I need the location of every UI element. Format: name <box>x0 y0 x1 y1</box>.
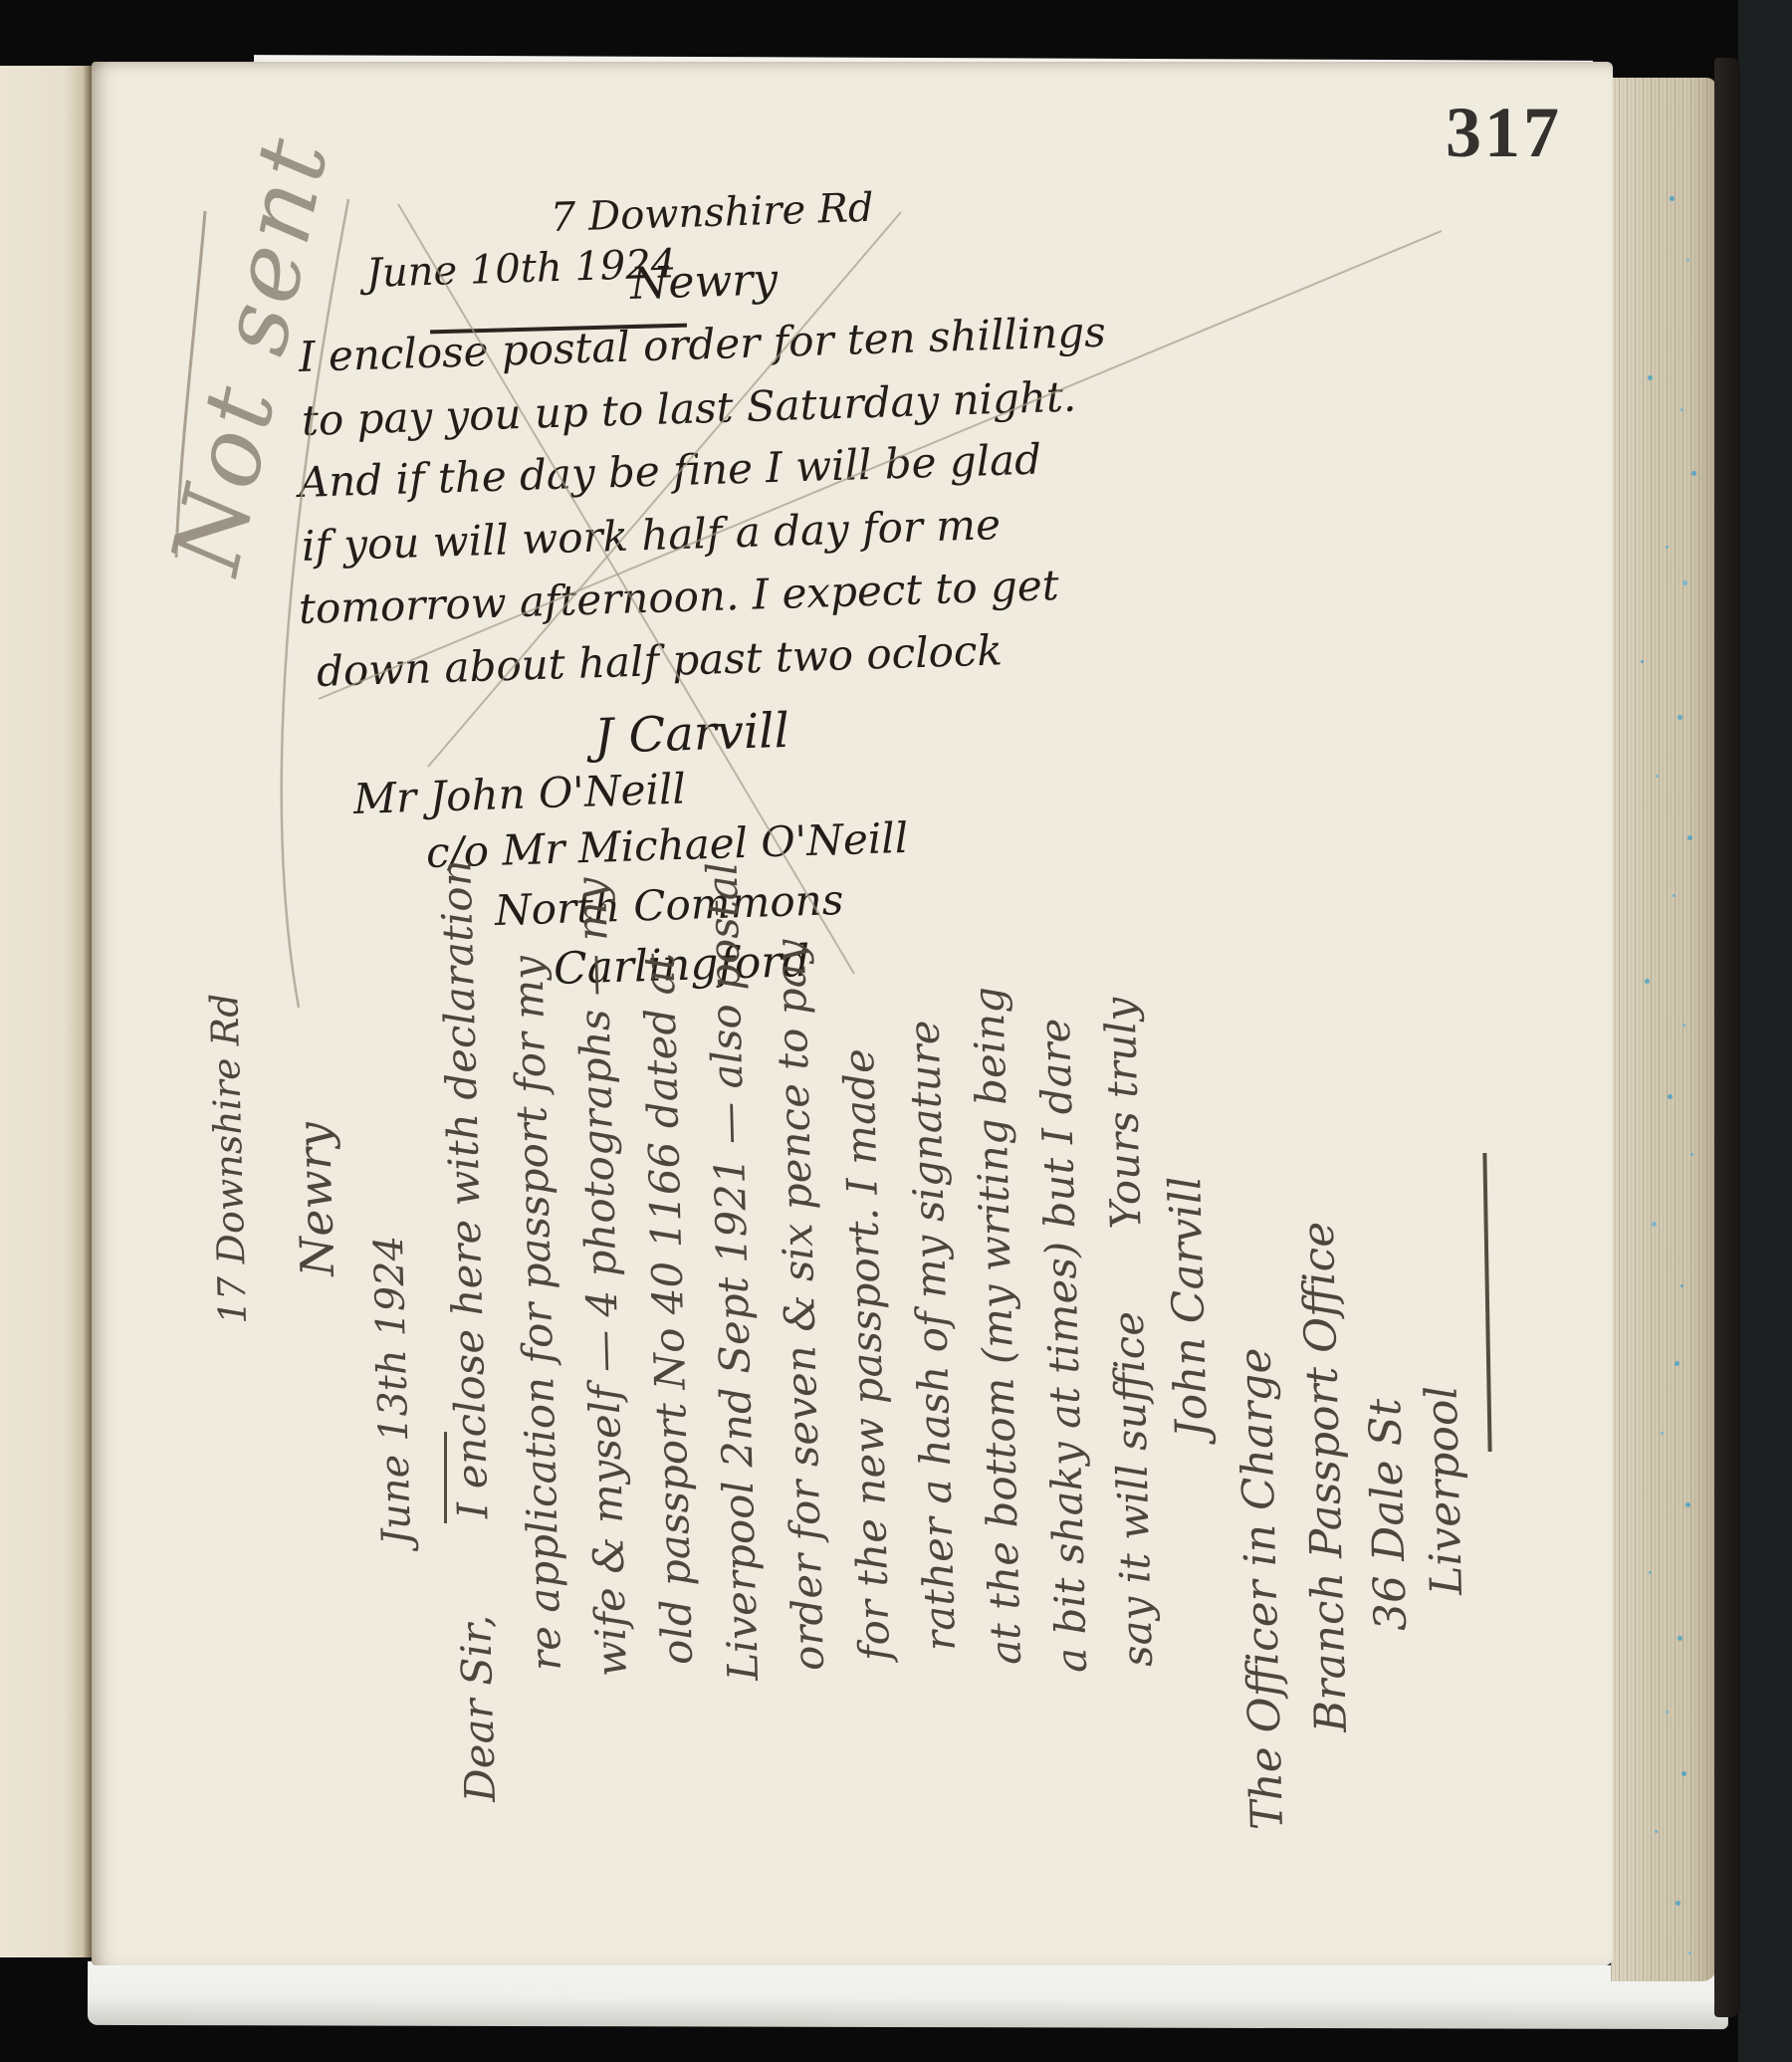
letter2-body-line: Liverpool 2nd Sept 1921 — also postal <box>697 861 768 1681</box>
letter2-body-line: old passport No 40 1166 dated at <box>634 953 702 1666</box>
letter1-body-line: I enclose postal order for ten shillings <box>298 308 1106 381</box>
letter1-body-line: And if the day be fine I will be glad <box>298 435 1041 507</box>
letter1-address-line1: 7 Downshire Rd <box>550 185 874 241</box>
letter2-address-line2: Newry <box>287 1122 344 1277</box>
letter2-body-line: rather a hash of my signature <box>899 1020 965 1652</box>
letter1-date: June 10th 1924 <box>365 241 676 297</box>
letter2-closing: Yours truly <box>1095 997 1150 1230</box>
letter2-recipient-line: Liverpool <box>1416 1385 1471 1596</box>
letter2-indent-space <box>488 1531 490 1601</box>
letter2-body-line: say it will suffice <box>1104 1310 1162 1667</box>
letter2-body-line: re application for passport for my <box>503 955 570 1671</box>
letter2-body-line: at the bottom (my writing being <box>964 986 1030 1665</box>
letter2-body-line: a bit shaky at times) but I dare <box>1030 1018 1096 1674</box>
letter1-body-line: to pay you up to last Saturday night. <box>301 372 1077 445</box>
letter2-recipient-line: Branch Passport Office <box>1293 1221 1357 1732</box>
letter2-signature: John Carvill <box>1160 1176 1218 1439</box>
letter1-signature: J Carvill <box>593 703 790 765</box>
letter2-body-line: wife & myself — 4 photographs — my <box>566 877 636 1678</box>
letter2-closing-line: say it will suffice Yours truly <box>1095 997 1162 1667</box>
letter2-body-line: I enclose here with declaration <box>431 859 497 1519</box>
letter2-body-line: for the new passport. I made <box>834 1048 899 1662</box>
page-content: 317 Not sent 7 Downshire Rd Newry June 1… <box>0 0 1792 2062</box>
letter2-body-line: order for seven & six pence to pay <box>766 939 833 1672</box>
letter2-address-line1: 17 Downshire Rd <box>202 993 255 1325</box>
letter1-body-line: tomorrow afternoon. I expect to get <box>298 561 1059 633</box>
letter2-flourish-dash <box>1482 1153 1491 1452</box>
letter2-recipient-line: The Officer in Charge <box>1230 1347 1293 1831</box>
page-number: 317 <box>1446 92 1562 174</box>
letter2-salutation: Dear Sir, <box>451 1614 505 1802</box>
letter2-date: June 13th 1924 <box>366 1235 420 1545</box>
letter1-body-line: down about half past two oclock <box>316 625 1003 696</box>
letter2-salutation-line: Dear Sir, I enclose here with declaratio… <box>431 859 505 1803</box>
letter2-recipient-line: 36 Dale St <box>1360 1398 1417 1632</box>
letter2-indent-space <box>1141 1242 1142 1297</box>
letter1-body-line: if you will work half a day for me <box>301 500 1001 571</box>
letter-june-13-rotated: 17 Downshire Rd Newry June 13th 1924 Dea… <box>199 757 1513 1922</box>
